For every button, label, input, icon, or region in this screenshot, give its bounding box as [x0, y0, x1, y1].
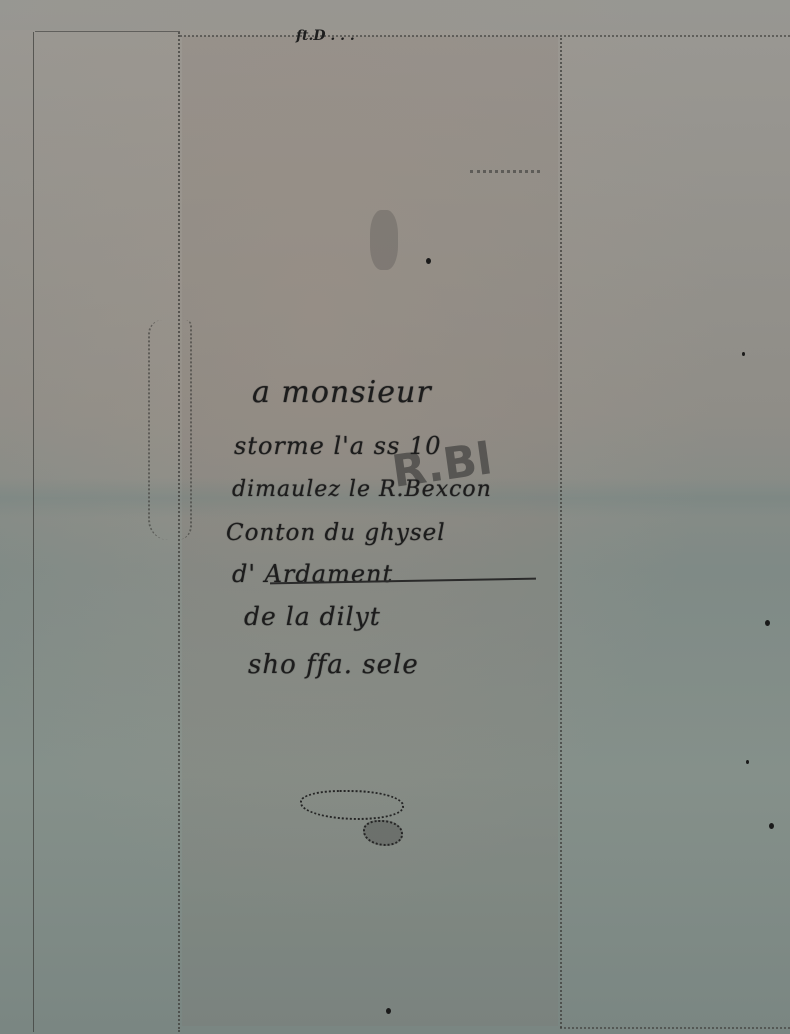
top-edge-line-right	[180, 35, 790, 37]
inner-right-fold-line	[560, 38, 562, 1028]
left-fold-line	[33, 32, 34, 1032]
address-line-6: de la dilyt	[244, 602, 381, 631]
ink-speck	[765, 620, 770, 626]
address-line-2: storme l'a ss 10	[234, 432, 441, 460]
ink-smudge	[370, 210, 398, 270]
ink-speck	[746, 760, 749, 764]
ink-speck	[426, 258, 431, 264]
address-line-1: a monsieur	[252, 375, 432, 410]
top-postal-mark: ft.D . . .	[296, 28, 355, 44]
ink-speck	[769, 823, 774, 829]
ink-speck	[386, 1008, 391, 1014]
top-edge-line-left	[35, 31, 180, 32]
address-line-3: dimaulez le R.Bexcon	[232, 477, 492, 502]
ink-speck	[742, 352, 745, 356]
address-line-5: d' Ardament	[232, 560, 393, 588]
scanned-letter-sheet: ft.D . . . R.Bl a monsieur storme l'a ss…	[0, 0, 790, 1034]
address-line-4: Conton du ghysel	[226, 520, 446, 546]
seal-tab-outline	[148, 320, 192, 540]
top-margin-band	[0, 0, 790, 30]
bottom-edge-line	[560, 1027, 790, 1029]
ink-dots	[470, 170, 540, 203]
address-line-7: sho ffa. sele	[248, 650, 419, 680]
